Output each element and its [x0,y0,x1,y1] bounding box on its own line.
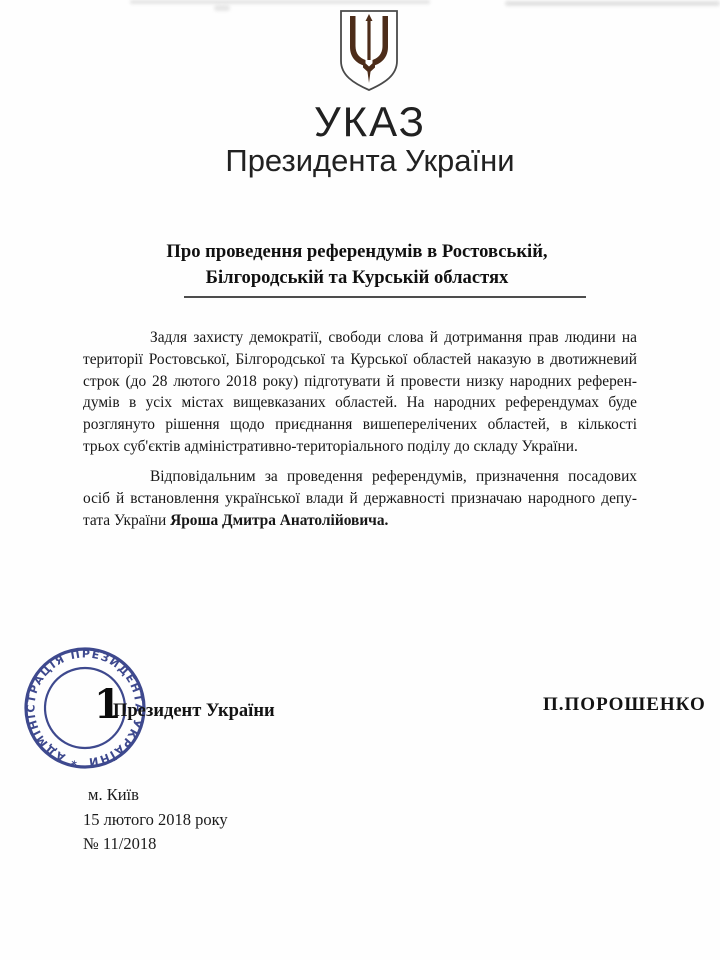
document-title: УКАЗ [20,100,720,144]
paragraph-line: тата України Яроша Дмитра Анатолійовича. [83,510,637,532]
paragraph-line: трьох суб'єктів адміністративно-територі… [83,436,637,458]
paragraph-line: Відповідальним за проведення референдумі… [83,466,637,488]
decree-document: УКАЗ Президента України Про проведення р… [0,0,720,960]
paragraph-line: строк (до 28 лютого 2018 року) підготува… [83,371,637,393]
document-footer: м. Київ 15 лютого 2018 року № 11/2018 [83,783,228,857]
body-paragraph-1: Задля захисту демократії, свободи слова … [83,327,637,458]
paragraph-line: думів в усіх містах вищевказаних областе… [83,392,637,414]
scan-smudge [505,1,720,6]
footer-number: № 11/2018 [83,832,228,857]
scan-smudge [130,0,430,4]
appointee-name: Яроша Дмитра Анатолійовича. [170,512,388,529]
subject-heading: Про проведення референдумів в Ростовські… [137,239,577,291]
paragraph-line: осіб й встановлення української влади й … [83,488,637,510]
paragraph-line: Задля захисту демократії, свободи слова … [83,327,637,349]
signer-title: Президент України [113,701,275,722]
scan-smudge [214,5,230,11]
subject-line-1: Про проведення референдумів в Ростовські… [137,239,577,265]
document-header: УКАЗ Президента України [20,100,720,178]
paragraph-line: розглянуто рішення щодо приєднання вишеп… [83,414,637,436]
paragraph-line: території Ростовської, Білгородської та … [83,349,637,371]
footer-city: м. Київ [83,783,228,808]
document-subtitle: Президента України [20,144,720,178]
subject-line-2: Білгородській та Курській областях [137,265,577,291]
trident-emblem-icon [337,8,401,94]
paragraph-line-prefix: тата України [83,512,170,529]
body-paragraph-2: Відповідальним за проведення референдумі… [83,466,637,531]
footer-date: 15 лютого 2018 року [83,808,228,833]
signer-name: П.ПОРОШЕНКО [543,694,706,716]
subject-divider [184,296,586,298]
